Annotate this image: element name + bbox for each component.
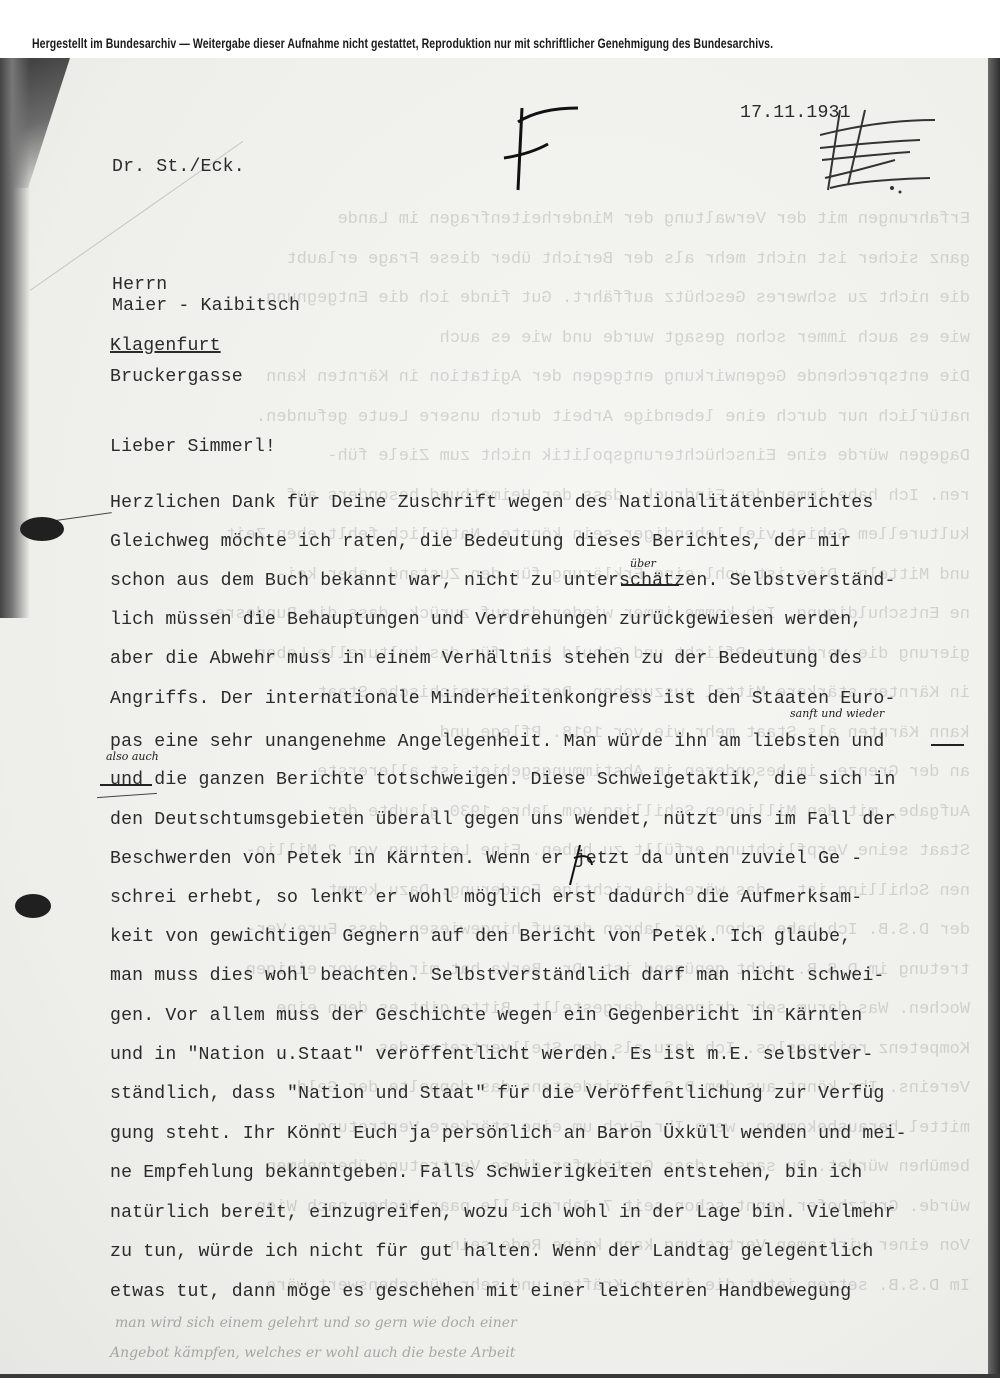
body-line: und die ganzen Berichte totschweigen. Di…: [110, 770, 896, 790]
body-line: keit von gewichtigen Gegnern auf den Ber…: [110, 927, 851, 947]
body-line: natürlich bereit, einzugreifen, wozu ich…: [110, 1203, 896, 1223]
body-line: man muss dies wohl beachten. Selbstverst…: [110, 966, 885, 986]
strike-und-2: [100, 784, 152, 786]
body-line: lich müssen die Behauptungen und Verdreh…: [110, 610, 862, 630]
body-line: und in "Nation u.Staat" veröffentlicht w…: [110, 1045, 873, 1065]
body-line: Gleichweg möchte ich raten, die Bedeutun…: [110, 532, 851, 552]
body-line: ständlich, dass "Nation und Staat" für d…: [110, 1084, 885, 1104]
right-edge-shadow: [988, 58, 1000, 1378]
annotation-sanft-und-wieder: sanft und wieder: [790, 707, 884, 720]
body-line: etwas tut, dann möge es geschehen mit ei…: [110, 1282, 851, 1302]
body-line: gung steht. Ihr Könnt Euch ja persönlich…: [110, 1124, 907, 1144]
strike-unter: [621, 584, 679, 586]
archive-copyright-notice: Hergestellt im Bundesarchiv — Weitergabe…: [32, 36, 773, 51]
show-through-line: Erfahrungen mit der Verwaltung der Minde…: [100, 210, 970, 229]
archive-header-bar: [0, 0, 1000, 60]
strike-und-1: [931, 744, 964, 746]
body-line: schrei erhebt, so lenkt er wohl möglich …: [110, 888, 862, 908]
show-through-line: ganz sicher ist nicht mehr als der Beric…: [100, 250, 970, 269]
ink-blot: [15, 894, 51, 918]
body-line: schon aus dem Buch bekannt war, nicht zu…: [110, 571, 896, 591]
handwritten-initial-icon: [500, 100, 600, 200]
body-line: zu tun, würde ich nicht für gut halten. …: [110, 1242, 873, 1262]
show-through-line: natürlich nur durch eine lebendige Arbei…: [100, 408, 970, 427]
body-line: den Deutschtumsgebieten überall gegen un…: [110, 810, 896, 830]
annotation-ueber: über: [630, 557, 656, 570]
bottom-edge: [0, 1374, 1000, 1378]
body-line: Angriffs. Der internationale Minderheite…: [110, 689, 896, 709]
letter-greeting: Lieber Simmerl!: [110, 437, 276, 457]
body-line: aber die Abwehr muss in einem Verhältnis…: [110, 649, 862, 669]
annotation-also-auch: also auch: [106, 750, 159, 763]
recipient-street: Bruckergasse: [110, 367, 243, 387]
ink-blot: [20, 517, 64, 541]
body-line: Herzlichen Dank für Deine Zuschrift wege…: [110, 493, 873, 513]
body-line: Beschwerden von Petek in Kärnten. Wenn e…: [110, 849, 862, 869]
handwritten-es-icon: [560, 840, 600, 890]
show-through-line: wie es auch immer schon gesagt wurde und…: [100, 329, 970, 348]
body-line: pas eine sehr unangenehme Angelegenheit.…: [110, 732, 885, 752]
recipient-city: Klagenfurt: [110, 336, 221, 356]
recipient-salutation: Herrn: [112, 275, 167, 295]
letter-reference: Dr. St./Eck.: [112, 157, 245, 177]
faint-handwriting-line: Angebot kämpfen, welches er wohl auch di…: [110, 1345, 515, 1361]
recipient-name: Maier - Kaibitsch: [112, 296, 300, 316]
body-line: ne Empfehlung bekanntgeben. Falls Schwie…: [110, 1163, 862, 1183]
signature-scribble-icon: [820, 100, 940, 200]
body-line: gen. Vor allem muss der Geschichte wegen…: [110, 1006, 862, 1026]
faint-handwriting-line: man wird sich einem gelehrt und so gern …: [115, 1315, 517, 1331]
